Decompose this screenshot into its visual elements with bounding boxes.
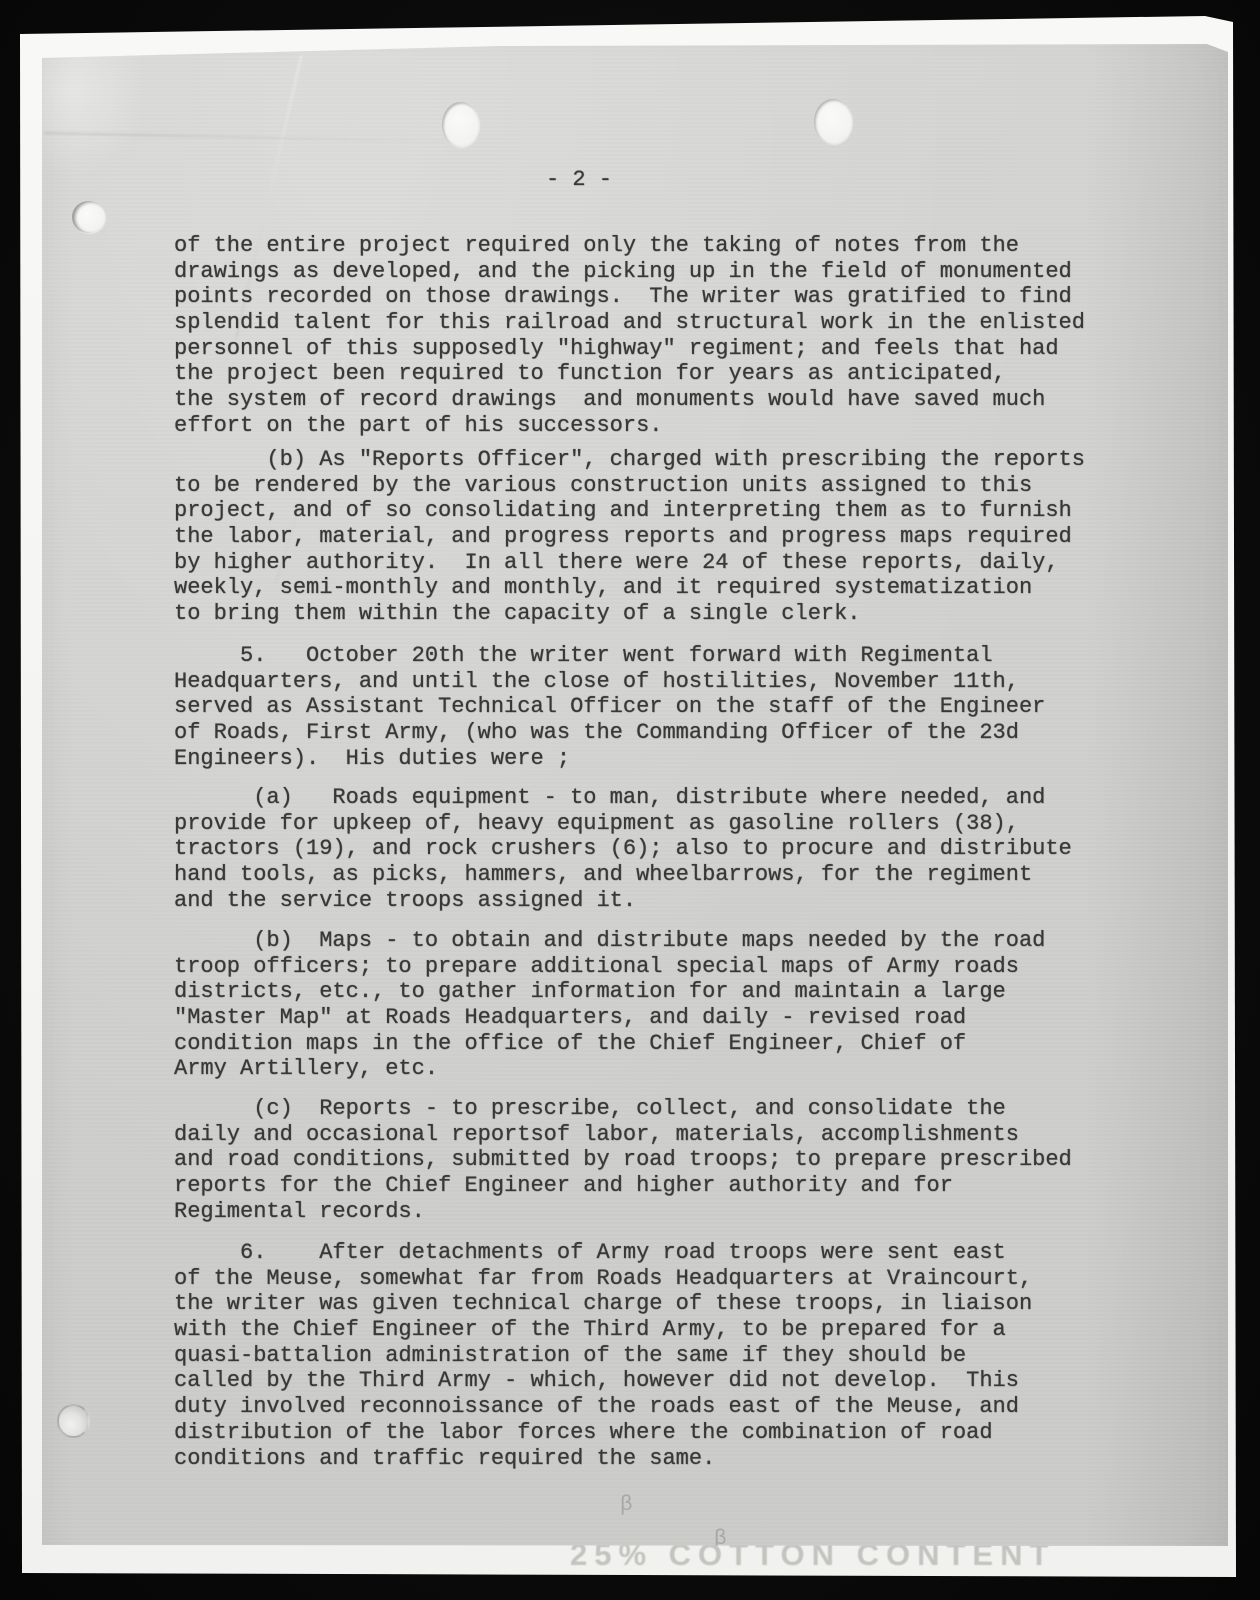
text-line: points recorded on those drawings. The w… [174, 284, 1085, 310]
text-line: to bring them within the capacity of a s… [174, 601, 1085, 627]
text-line: the system of record drawings and monume… [174, 387, 1085, 413]
text-line: duty involved reconnoissance of the road… [174, 1394, 1032, 1420]
paragraph-6: 6. After detachments of Army road troops… [174, 1240, 1032, 1471]
text-line: (b) Maps - to obtain and distribute maps… [174, 928, 1045, 954]
text-line: provide for upkeep of, heavy equipment a… [174, 811, 1072, 837]
text-line: of the Meuse, somewhat far from Roads He… [174, 1266, 1032, 1292]
text-line: (b) As "Reports Officer", charged with p… [174, 447, 1085, 473]
punch-hole-top-right [814, 99, 852, 144]
text-line: by higher authority. In all there were 2… [174, 550, 1085, 576]
corner-sheen [40, 52, 150, 182]
text-line: splendid talent for this railroad and st… [174, 310, 1085, 336]
pencil-mark: β [620, 1494, 633, 1517]
text-line: the labor, material, and progress report… [174, 524, 1085, 550]
text-line: hand tools, as picks, hammers, and wheel… [174, 862, 1072, 888]
text-line: 6. After detachments of Army road troops… [174, 1240, 1032, 1266]
text-line: and road conditions, submitted by road t… [174, 1147, 1072, 1173]
text-line: reports for the Chief Engineer and highe… [174, 1173, 1072, 1199]
text-line: Headquarters, and until the close of hos… [174, 669, 1045, 695]
text-line: 5. October 20th the writer went forward … [174, 643, 1045, 669]
paragraph-5b-maps: (b) Maps - to obtain and distribute maps… [174, 928, 1045, 1082]
text-line: of the entire project required only the … [174, 233, 1085, 259]
scan-background: 25% COTTON CONTENT - 2 - of the entire p… [0, 0, 1260, 1600]
text-line: Army Artillery, etc. [174, 1056, 1045, 1082]
text-line: quasi-battalion administration of the sa… [174, 1343, 1032, 1369]
text-line: troop officers; to prepare additional sp… [174, 954, 1045, 980]
text-line: the project been required to function fo… [174, 361, 1085, 387]
text-line: weekly, semi-monthly and monthly, and it… [174, 575, 1085, 601]
text-line: condition maps in the office of the Chie… [174, 1031, 1045, 1057]
text-line: (a) Roads equipment - to man, distribute… [174, 785, 1072, 811]
text-line: called by the Third Army - which, howeve… [174, 1368, 1032, 1394]
text-line: the writer was given technical charge of… [174, 1291, 1032, 1317]
document-page: - 2 - of the entire project required onl… [0, 0, 1260, 1600]
paragraph-5c-reports: (c) Reports - to prescribe, collect, and… [174, 1096, 1072, 1224]
text-line: (c) Reports - to prescribe, collect, and… [174, 1096, 1072, 1122]
paragraph-5a-roads-equipment: (a) Roads equipment - to man, distribute… [174, 785, 1072, 913]
text-line: "Master Map" at Roads Headquarters, and … [174, 1005, 1045, 1031]
paragraph-continuation: of the entire project required only the … [174, 233, 1085, 439]
text-line: of Roads, First Army, (who was the Comma… [174, 720, 1045, 746]
text-line: distribution of the labor forces where t… [174, 1420, 1032, 1446]
paragraph-5: 5. October 20th the writer went forward … [174, 643, 1045, 771]
punch-hole-left [72, 201, 105, 233]
text-line: project, and of so consolidating and int… [174, 498, 1085, 524]
text-line: districts, etc., to gather information f… [174, 979, 1045, 1005]
text-line: personnel of this supposedly "highway" r… [174, 336, 1085, 362]
text-line: and the service troops assigned it. [174, 888, 1072, 914]
text-line: served as Assistant Technical Officer on… [174, 694, 1045, 720]
punch-hole-bottom-left-partial [57, 1404, 90, 1438]
text-line: Regimental records. [174, 1199, 1072, 1225]
text-line: drawings as developed, and the picking u… [174, 259, 1085, 285]
text-line: tractors (19), and rock crushers (6); al… [174, 836, 1072, 862]
text-line: to be rendered by the various constructi… [174, 473, 1085, 499]
punch-hole-top-left [442, 102, 479, 147]
text-line: daily and occasional reportsof labor, ma… [174, 1122, 1072, 1148]
paragraph-b-reports-officer: (b) As "Reports Officer", charged with p… [174, 447, 1085, 627]
text-line: conditions and traffic required the same… [174, 1446, 1032, 1472]
text-line: effort on the part of his successors. [174, 413, 1085, 439]
text-line: with the Chief Engineer of the Third Arm… [174, 1317, 1032, 1343]
page-number: - 2 - [546, 167, 612, 192]
text-line: Engineers). His duties were ; [174, 746, 1045, 772]
